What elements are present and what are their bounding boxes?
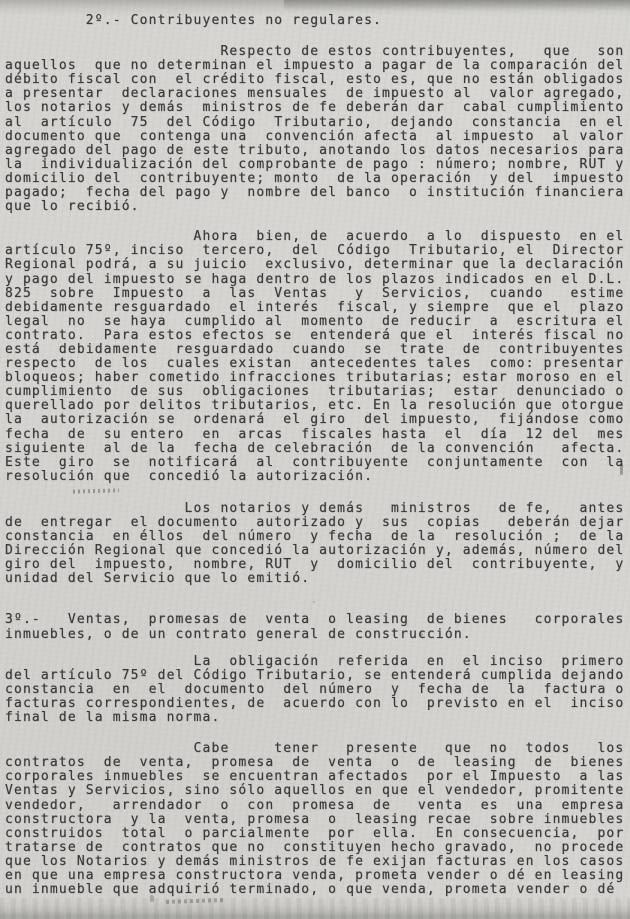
text-line: facturas correspondientes, de acuerdo co… xyxy=(5,697,630,711)
text-line: a presentar declaraciones mensuales de i… xyxy=(5,87,630,101)
scan-bottom-shadow xyxy=(0,898,630,919)
scan-smudge xyxy=(166,898,224,904)
text-line: que lo recibió. xyxy=(5,200,630,214)
section-heading: 3º.- Ventas, promesas de venta o leasing… xyxy=(5,613,630,641)
text-line: documento que contenga una convención af… xyxy=(5,130,630,144)
text-line: constancia en éllos del número y fecha d… xyxy=(5,530,630,544)
text-line: Los notarios y demás ministros de fe, an… xyxy=(5,502,630,516)
paragraph: La obligación referida en el inciso prim… xyxy=(5,655,630,725)
text-line: del artículo 75º del Código Tributario, … xyxy=(5,669,630,683)
paragraph: Respecto de estos contribuyentes, que so… xyxy=(5,45,630,214)
text-line: constancia en el documento del número y … xyxy=(5,683,630,697)
text-line: débito fiscal con el crédito fiscal, est… xyxy=(5,73,630,87)
text-line: agregado del pago de este tributo, anota… xyxy=(5,144,630,158)
text-line: Ahora bien, de acuerdo a lo dispuesto en… xyxy=(5,230,630,244)
text-line: aquellos que no determinan el impuesto a… xyxy=(5,59,630,73)
text-line: la individualización del comprobante de … xyxy=(5,158,630,172)
text-line: está debidamente resguardado cuando se t… xyxy=(5,343,630,357)
text-line: resolución que concedió la autorización. xyxy=(5,470,630,484)
text-line: contrato. Para estos efectos se entender… xyxy=(5,329,630,343)
text-line: y pago del impuesto se haga dentro de lo… xyxy=(5,273,630,287)
text-line: Dirección Regional que concedió la autor… xyxy=(5,544,630,558)
text-line: querellado por delitos tributarios, etc.… xyxy=(5,399,630,413)
text-line: inmuebles, o de un contrato general de c… xyxy=(5,628,630,642)
text-line: 825 sobre Impuesto a las Ventas y Servic… xyxy=(5,287,630,301)
text-line: pagado; fecha del pago y nombre del banc… xyxy=(5,186,630,200)
text-line: La obligación referida en el inciso prim… xyxy=(5,655,630,669)
text-line: respecto de los cuales existan anteceden… xyxy=(5,357,630,371)
paragraph: Ahora bien, de acuerdo a lo dispuesto en… xyxy=(5,230,630,484)
text-line: Regional podrá, a su juicio exclusivo, d… xyxy=(5,258,630,272)
text-line: corporales inmuebles se encuentran afect… xyxy=(5,770,630,784)
text-line: los notarios y demás ministros de fe deb… xyxy=(5,101,630,115)
section-heading: 2º.- Contribuyentes no regulares. xyxy=(5,14,630,28)
text-line: Ventas y Servicios, sino sólo aquellos e… xyxy=(5,784,630,798)
paragraph: Cabe tener presente que no todos loscont… xyxy=(5,742,630,897)
text-line: siguiente al de la fecha de celebración … xyxy=(5,442,630,456)
text-line: final de la misma norma. xyxy=(5,711,630,725)
text-line: legal no se haya cumplido al momento de … xyxy=(5,315,630,329)
document-body: 2º.- Contribuyentes no regulares. Respec… xyxy=(0,0,630,897)
text-line: en que una empresa constructora venda, p… xyxy=(5,869,630,883)
text-line: artículo 75º, inciso tercero, del Código… xyxy=(5,244,630,258)
text-line: un inmueble que adquirió terminado, o qu… xyxy=(5,883,630,897)
text-line: al artículo 75 del Código Tributario, de… xyxy=(5,116,630,130)
text-line: Respecto de estos contribuyentes, que so… xyxy=(5,45,630,59)
text-line: domicilio del contribuyente; monto de la… xyxy=(5,172,630,186)
text-line: 2º.- Contribuyentes no regulares. xyxy=(5,14,630,28)
text-line: fecha de su entero en arcas fiscales has… xyxy=(5,428,630,442)
text-line: contratos de venta, promesa de venta o d… xyxy=(5,756,630,770)
text-line: la autorización se ordenará el giro del … xyxy=(5,413,630,427)
text-line: Cabe tener presente que no todos los xyxy=(5,742,630,756)
text-line: tratarse de contratos que no constituyen… xyxy=(5,841,630,855)
text-line: que los Notarios y demás ministros de fe… xyxy=(5,855,630,869)
text-line: constructora y la venta, promesa o leasi… xyxy=(5,813,630,827)
text-line: unidad del Servicio que lo emitió. xyxy=(5,572,630,586)
text-line: debidamente resguardado el interés fisca… xyxy=(5,301,630,315)
text-line: giro del impuesto, nombre, RUT y domicil… xyxy=(5,558,630,572)
text-line: 3º.- Ventas, promesas de venta o leasing… xyxy=(5,613,630,627)
text-line: cumplimiento de sus obligaciones tributa… xyxy=(5,385,630,399)
text-line: vendedor, arrendador o con promesa de ve… xyxy=(5,799,630,813)
text-line: bloqueos; haber cometido infracciones tr… xyxy=(5,371,630,385)
paragraph: Los notarios y demás ministros de fe, an… xyxy=(5,502,630,587)
text-line: Este giro se notificará al contribuyente… xyxy=(5,456,630,470)
text-line: construidos total o parcialmente por ell… xyxy=(5,827,630,841)
text-line: de entregar el documento autorizado y su… xyxy=(5,516,630,530)
scanned-document-page: 2º.- Contribuyentes no regulares. Respec… xyxy=(0,0,630,919)
